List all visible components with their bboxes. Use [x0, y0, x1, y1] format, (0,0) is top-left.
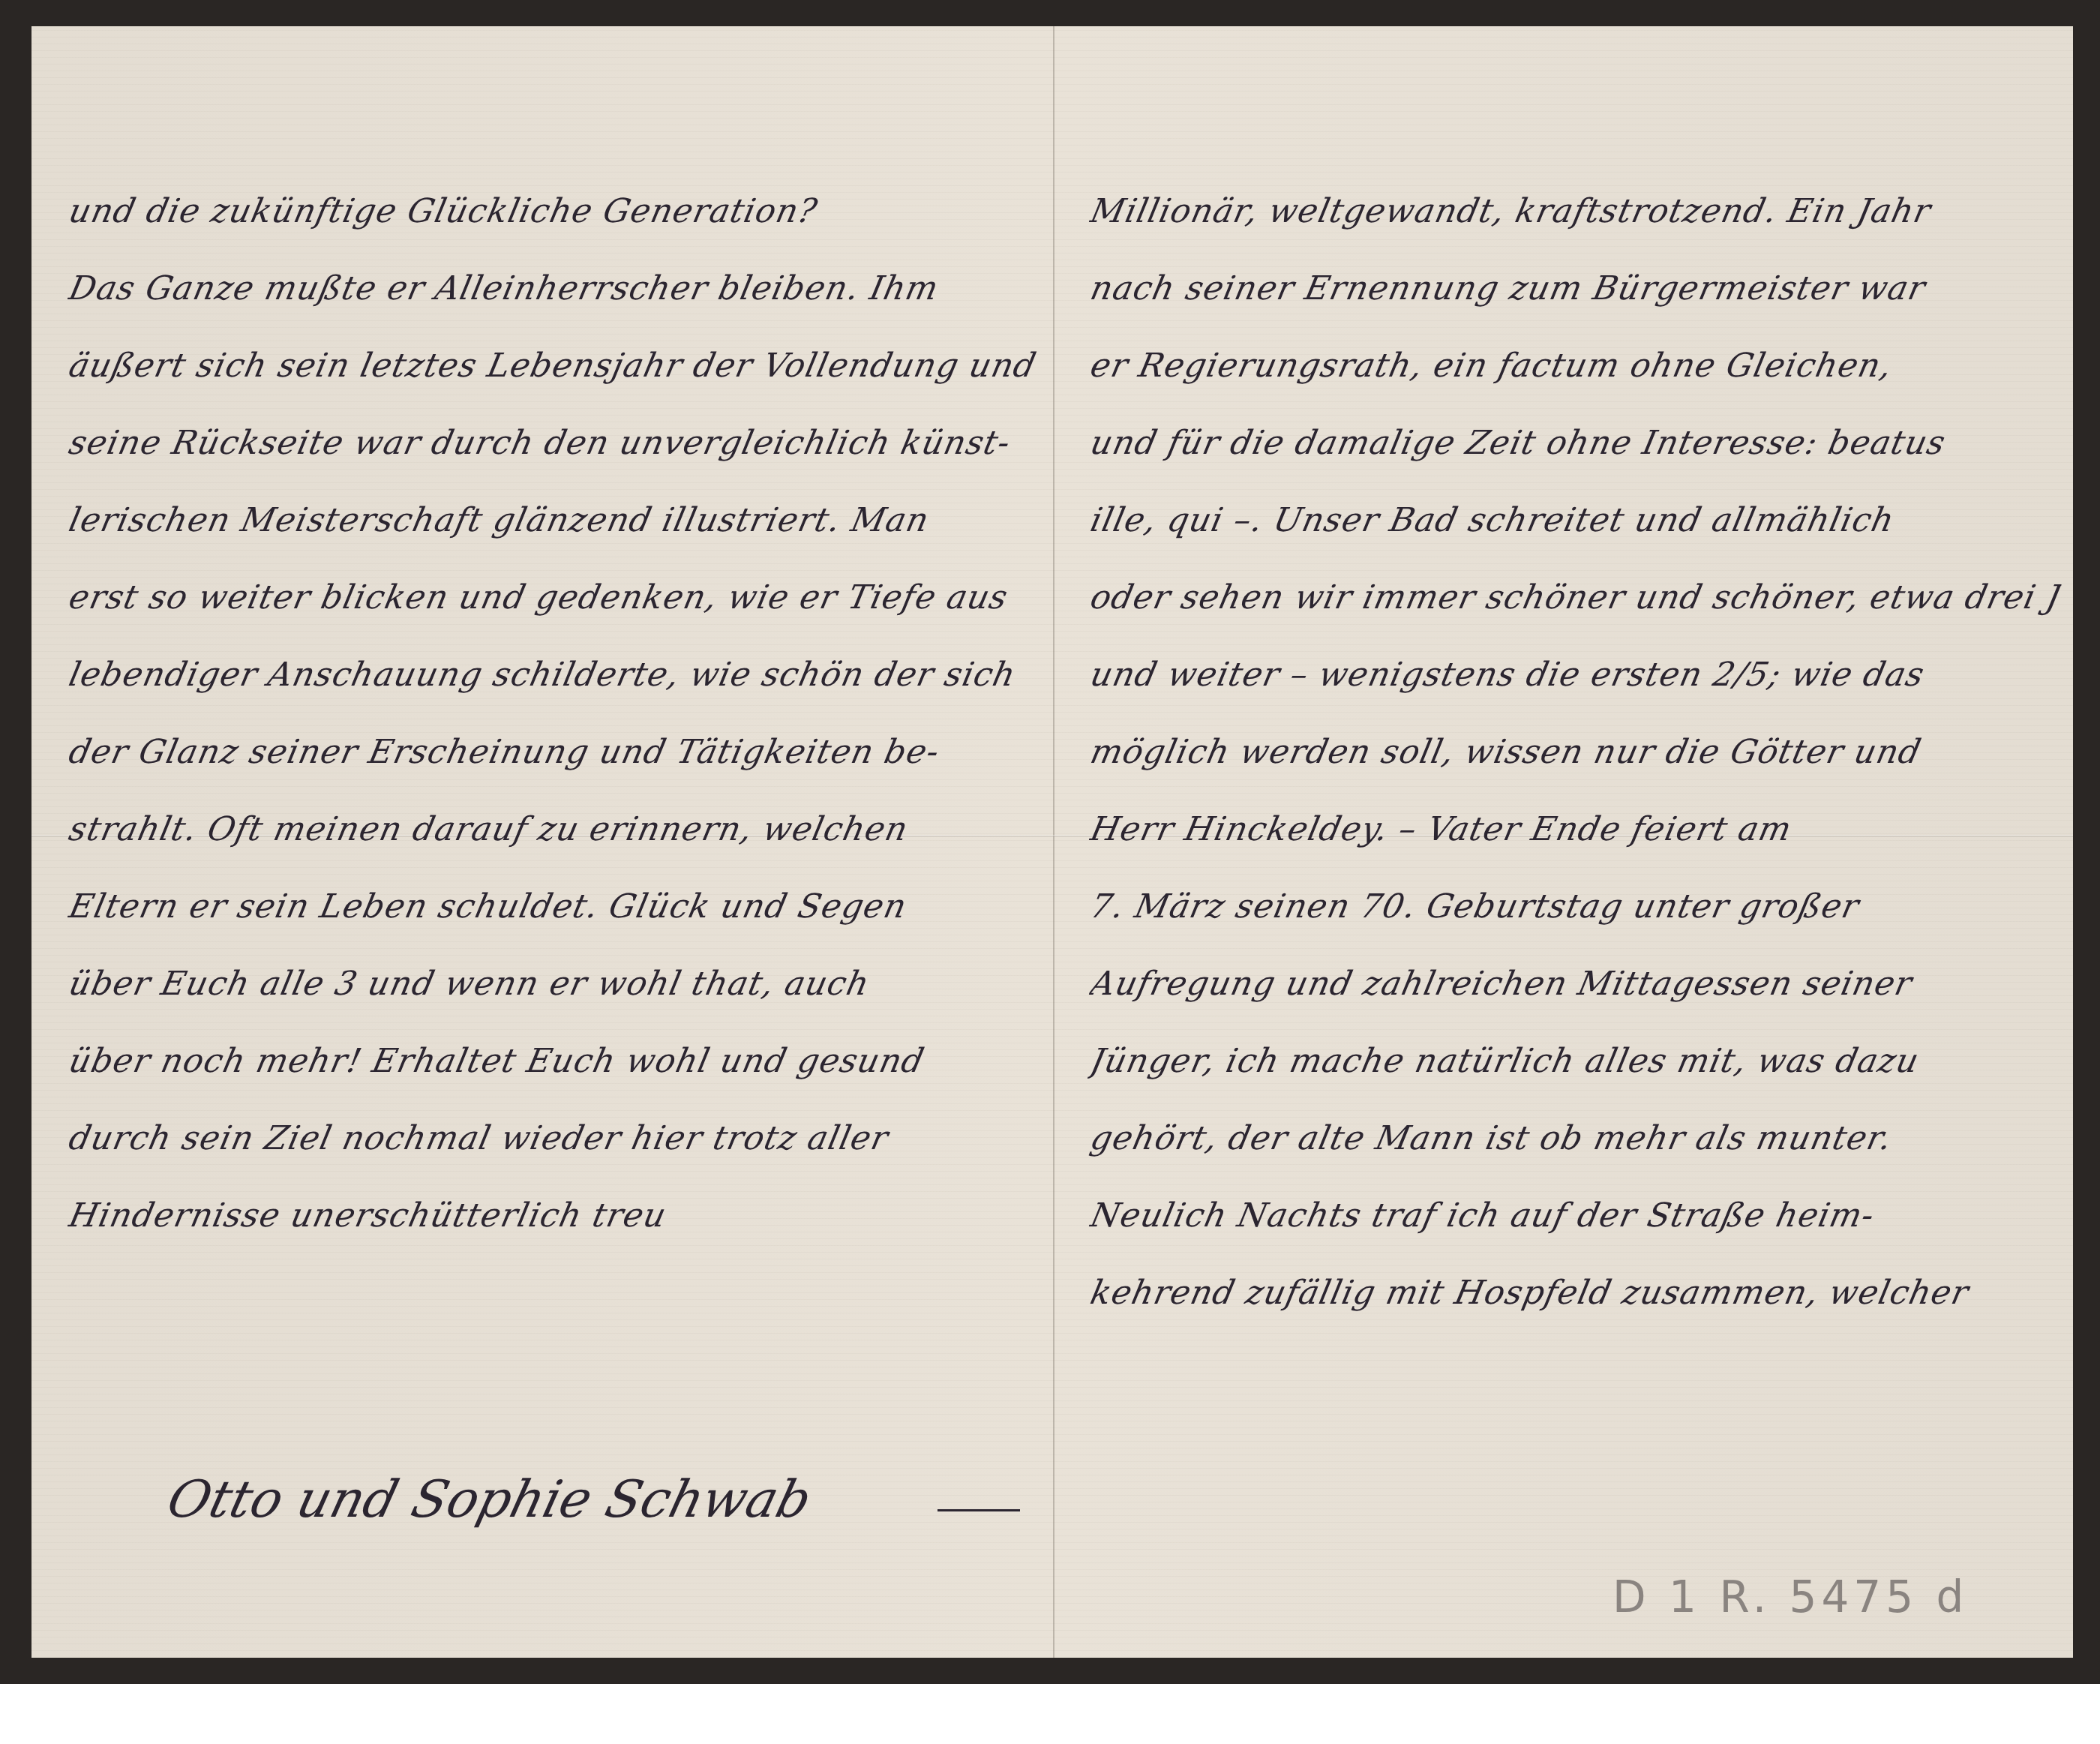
signature: Otto und Sophie Schwab [161, 1470, 817, 1529]
handwritten-line: seine Rückseite war durch den unvergleic… [61, 404, 1045, 482]
handwritten-line: und für die damalige Zeit ohne Interesse… [1083, 404, 2067, 482]
handwritten-line: Millionär, weltgewandt, kraftstrotzend. … [1083, 173, 2067, 250]
handwritten-line: möglich werden soll, wissen nur die Gött… [1083, 713, 2067, 791]
center-fold [1053, 26, 1054, 1658]
handwritten-line: über Euch alle 3 und wenn er wohl that, … [61, 945, 1045, 1022]
handwritten-line: durch sein Ziel nochmal wieder hier trot… [61, 1100, 1045, 1177]
handwritten-line: der Glanz seiner Erscheinung und Tätigke… [61, 713, 1045, 791]
handwritten-line: äußert sich sein letztes Lebensjahr der … [61, 327, 1045, 404]
handwritten-line: oder sehen wir immer schöner und schöner… [1083, 559, 2067, 636]
handwritten-line: lerischen Meisterschaft glänzend illustr… [61, 482, 1045, 559]
handwritten-line: gehört, der alte Mann ist ob mehr als mu… [1083, 1100, 2067, 1177]
handwritten-line: Jünger, ich mache natürlich alles mit, w… [1083, 1022, 2067, 1100]
signature-flourish [937, 1509, 1020, 1511]
handwritten-line: 7. März seinen 70. Geburtstag unter groß… [1083, 868, 2067, 945]
handwritten-line: erst so weiter blicken und gedenken, wie… [61, 559, 1045, 636]
left-page: und die zukünftige Glückliche Generation… [61, 173, 1029, 1254]
handwritten-line: und die zukünftige Glückliche Generation… [61, 173, 1045, 250]
handwritten-line: er Regierungsrath, ein factum ohne Gleic… [1083, 327, 2067, 404]
handwritten-line: strahlt. Oft meinen darauf zu erinnern, … [61, 791, 1045, 868]
handwritten-line: über noch mehr! Erhaltet Euch wohl und g… [61, 1022, 1045, 1100]
handwritten-line: Herr Hinckeldey. – Vater Ende feiert am [1083, 791, 2067, 868]
archive-shelfmark: D 1 R. 5475 d [1612, 1571, 1968, 1622]
handwritten-line: ille, qui –. Unser Bad schreitet und all… [1083, 482, 2067, 559]
letter-sheet: und die zukünftige Glückliche Generation… [31, 26, 2073, 1658]
handwritten-line: Das Ganze mußte er Alleinherrscher bleib… [61, 250, 1045, 327]
handwritten-line: nach seiner Ernennung zum Bürgermeister … [1083, 250, 2067, 327]
handwritten-line: kehrend zufällig mit Hospfeld zusammen, … [1083, 1254, 2067, 1331]
handwritten-line: Hindernisse unerschütterlich treu [61, 1177, 1045, 1254]
right-page: Millionär, weltgewandt, kraftstrotzend. … [1083, 173, 2050, 1331]
handwritten-line: Eltern er sein Leben schuldet. Glück und… [61, 868, 1045, 945]
handwritten-line: Aufregung und zahlreichen Mittagessen se… [1083, 945, 2067, 1022]
handwritten-line: lebendiger Anschauung schilderte, wie sc… [61, 636, 1045, 713]
handwritten-line: Neulich Nachts traf ich auf der Straße h… [1083, 1177, 2067, 1254]
handwritten-line: und weiter – wenigstens die ersten 2/5; … [1083, 636, 2067, 713]
